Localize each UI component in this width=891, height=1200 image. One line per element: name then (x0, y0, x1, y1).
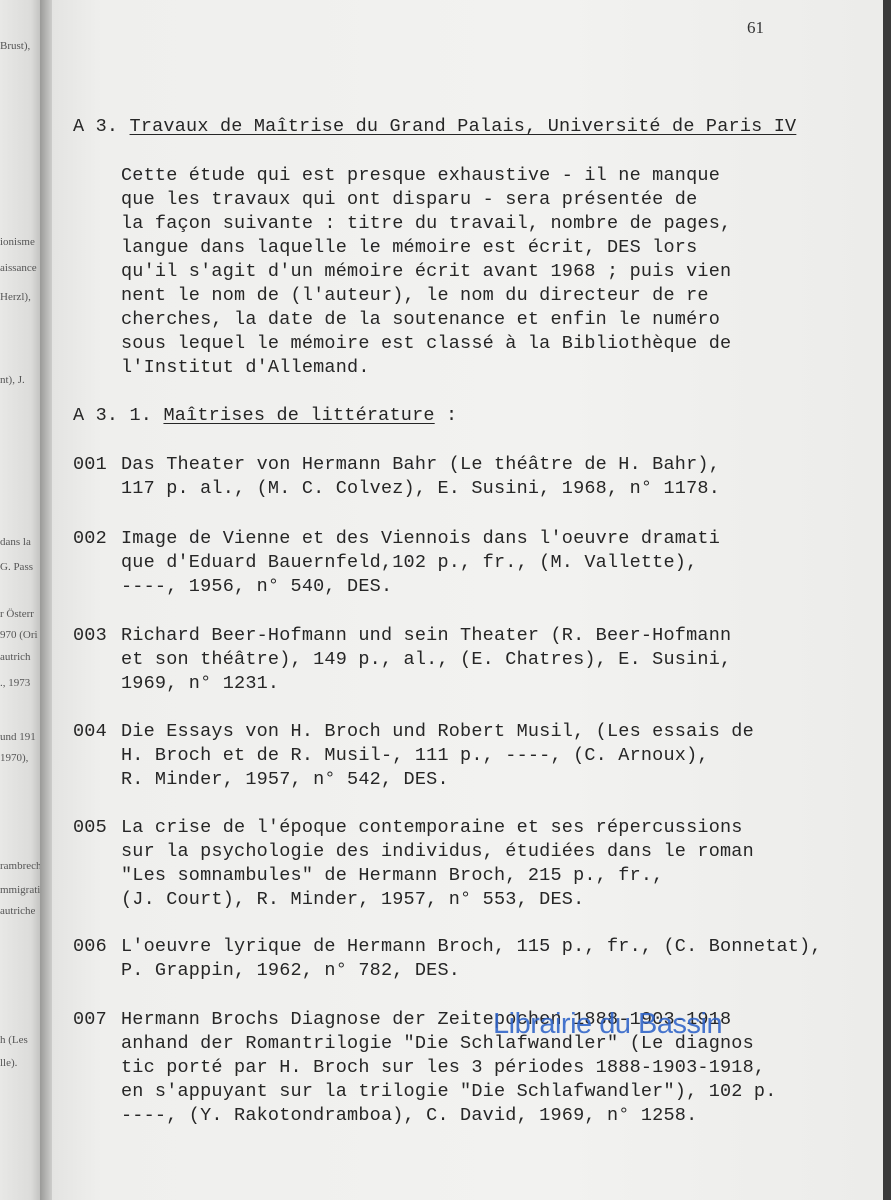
entry-line: R. Minder, 1957, n° 542, DES. (121, 768, 449, 792)
page-edge-shadow (883, 0, 891, 1200)
entry-line: en s'appuyant sur la trilogie "Die Schla… (121, 1080, 777, 1104)
margin-fragment: Brust), (0, 40, 30, 52)
intro-line: cherches, la date de la soutenance et en… (121, 308, 720, 332)
intro-line: Cette étude qui est presque exhaustive -… (121, 164, 720, 188)
margin-fragment: rambrech (0, 860, 42, 872)
entry-number: 005 (73, 816, 107, 840)
entry-number: 003 (73, 624, 107, 648)
entry-number: 006 (73, 935, 107, 959)
intro-line: que les travaux qui ont disparu - sera p… (121, 188, 697, 212)
entry-number: 007 (73, 1008, 107, 1032)
intro-line: l'Institut d'Allemand. (121, 356, 370, 380)
entry-line: que d'Eduard Bauernfeld,102 p., fr., (M.… (121, 551, 697, 575)
subsection-suffix: : (435, 405, 458, 426)
intro-line: nent le nom de (l'auteur), le nom du dir… (121, 284, 709, 308)
intro-line: qu'il s'agit d'un mémoire écrit avant 19… (121, 260, 731, 284)
margin-fragment: h (Les (0, 1034, 28, 1046)
entry-line: 117 p. al., (M. C. Colvez), E. Susini, 1… (121, 477, 720, 501)
entry-line: L'oeuvre lyrique de Hermann Broch, 115 p… (121, 935, 822, 959)
section-number: A 3. (73, 116, 118, 137)
entry-line: Das Theater von Hermann Bahr (Le théâtre… (121, 453, 720, 477)
margin-fragment: ., 1973 (0, 677, 30, 689)
margin-fragment: nt), J. (0, 374, 25, 386)
entry-line: tic porté par H. Broch sur les 3 période… (121, 1056, 765, 1080)
watermark-text: Librairie du Bassin (493, 1008, 722, 1041)
margin-fragment: ionisme (0, 236, 35, 248)
entry-line: "Les somnambules" de Hermann Broch, 215 … (121, 864, 664, 888)
entry-number: 001 (73, 453, 107, 477)
entry-line: (J. Court), R. Minder, 1957, n° 553, DES… (121, 888, 584, 912)
entry-line: et son théâtre), 149 p., al., (E. Chatre… (121, 648, 731, 672)
section-title: Travaux de Maîtrise du Grand Palais, Uni… (130, 116, 797, 137)
subsection-number: A 3. 1. (73, 405, 152, 426)
margin-fragment: autrich (0, 651, 31, 663)
entry-line: Image de Vienne et des Viennois dans l'o… (121, 527, 720, 551)
page-number: 61 (747, 18, 764, 38)
entry-line: sur la psychologie des individus, étudié… (121, 840, 754, 864)
entry-number: 002 (73, 527, 107, 551)
entry-line: P. Grappin, 1962, n° 782, DES. (121, 959, 460, 983)
entry-line: H. Broch et de R. Musil-, 111 p., ----, … (121, 744, 709, 768)
intro-line: sous lequel le mémoire est classé à la B… (121, 332, 731, 356)
entry-line: ----, 1956, n° 540, DES. (121, 575, 392, 599)
margin-fragment: dans la (0, 536, 31, 548)
margin-fragment: 970 (Ori (0, 629, 38, 641)
margin-fragment: G. Pass (0, 561, 33, 573)
subsection-title: Maîtrises de littérature (163, 405, 434, 426)
margin-fragment: lle). (0, 1057, 17, 1069)
intro-line: la façon suivante : titre du travail, no… (121, 212, 731, 236)
entry-line: Richard Beer-Hofmann und sein Theater (R… (121, 624, 731, 648)
entry-line: ----, (Y. Rakotondramboa), C. David, 196… (121, 1104, 697, 1128)
margin-fragment: und 191 (0, 731, 36, 743)
document-page: 61 A 3. Travaux de Maîtrise du Grand Pal… (52, 0, 883, 1200)
intro-line: langue dans laquelle le mémoire est écri… (121, 236, 697, 260)
entry-number: 004 (73, 720, 107, 744)
subsection-heading: A 3. 1. Maîtrises de littérature : (73, 404, 457, 428)
margin-fragment: 1970), (0, 752, 28, 764)
entry-line: La crise de l'époque contemporaine et se… (121, 816, 743, 840)
margin-fragment: autriche (0, 905, 35, 917)
section-heading: A 3. Travaux de Maîtrise du Grand Palais… (73, 115, 796, 139)
facing-page-edge: Brust), ionisme aissance Herzl), nt), J.… (0, 0, 44, 1200)
entry-line: Die Essays von H. Broch und Robert Musil… (121, 720, 754, 744)
margin-fragment: mmigrati (0, 884, 40, 896)
entry-line: 1969, n° 1231. (121, 672, 279, 696)
margin-fragment: Herzl), (0, 291, 31, 303)
margin-fragment: r Österr (0, 608, 34, 620)
margin-fragment: aissance (0, 262, 37, 274)
